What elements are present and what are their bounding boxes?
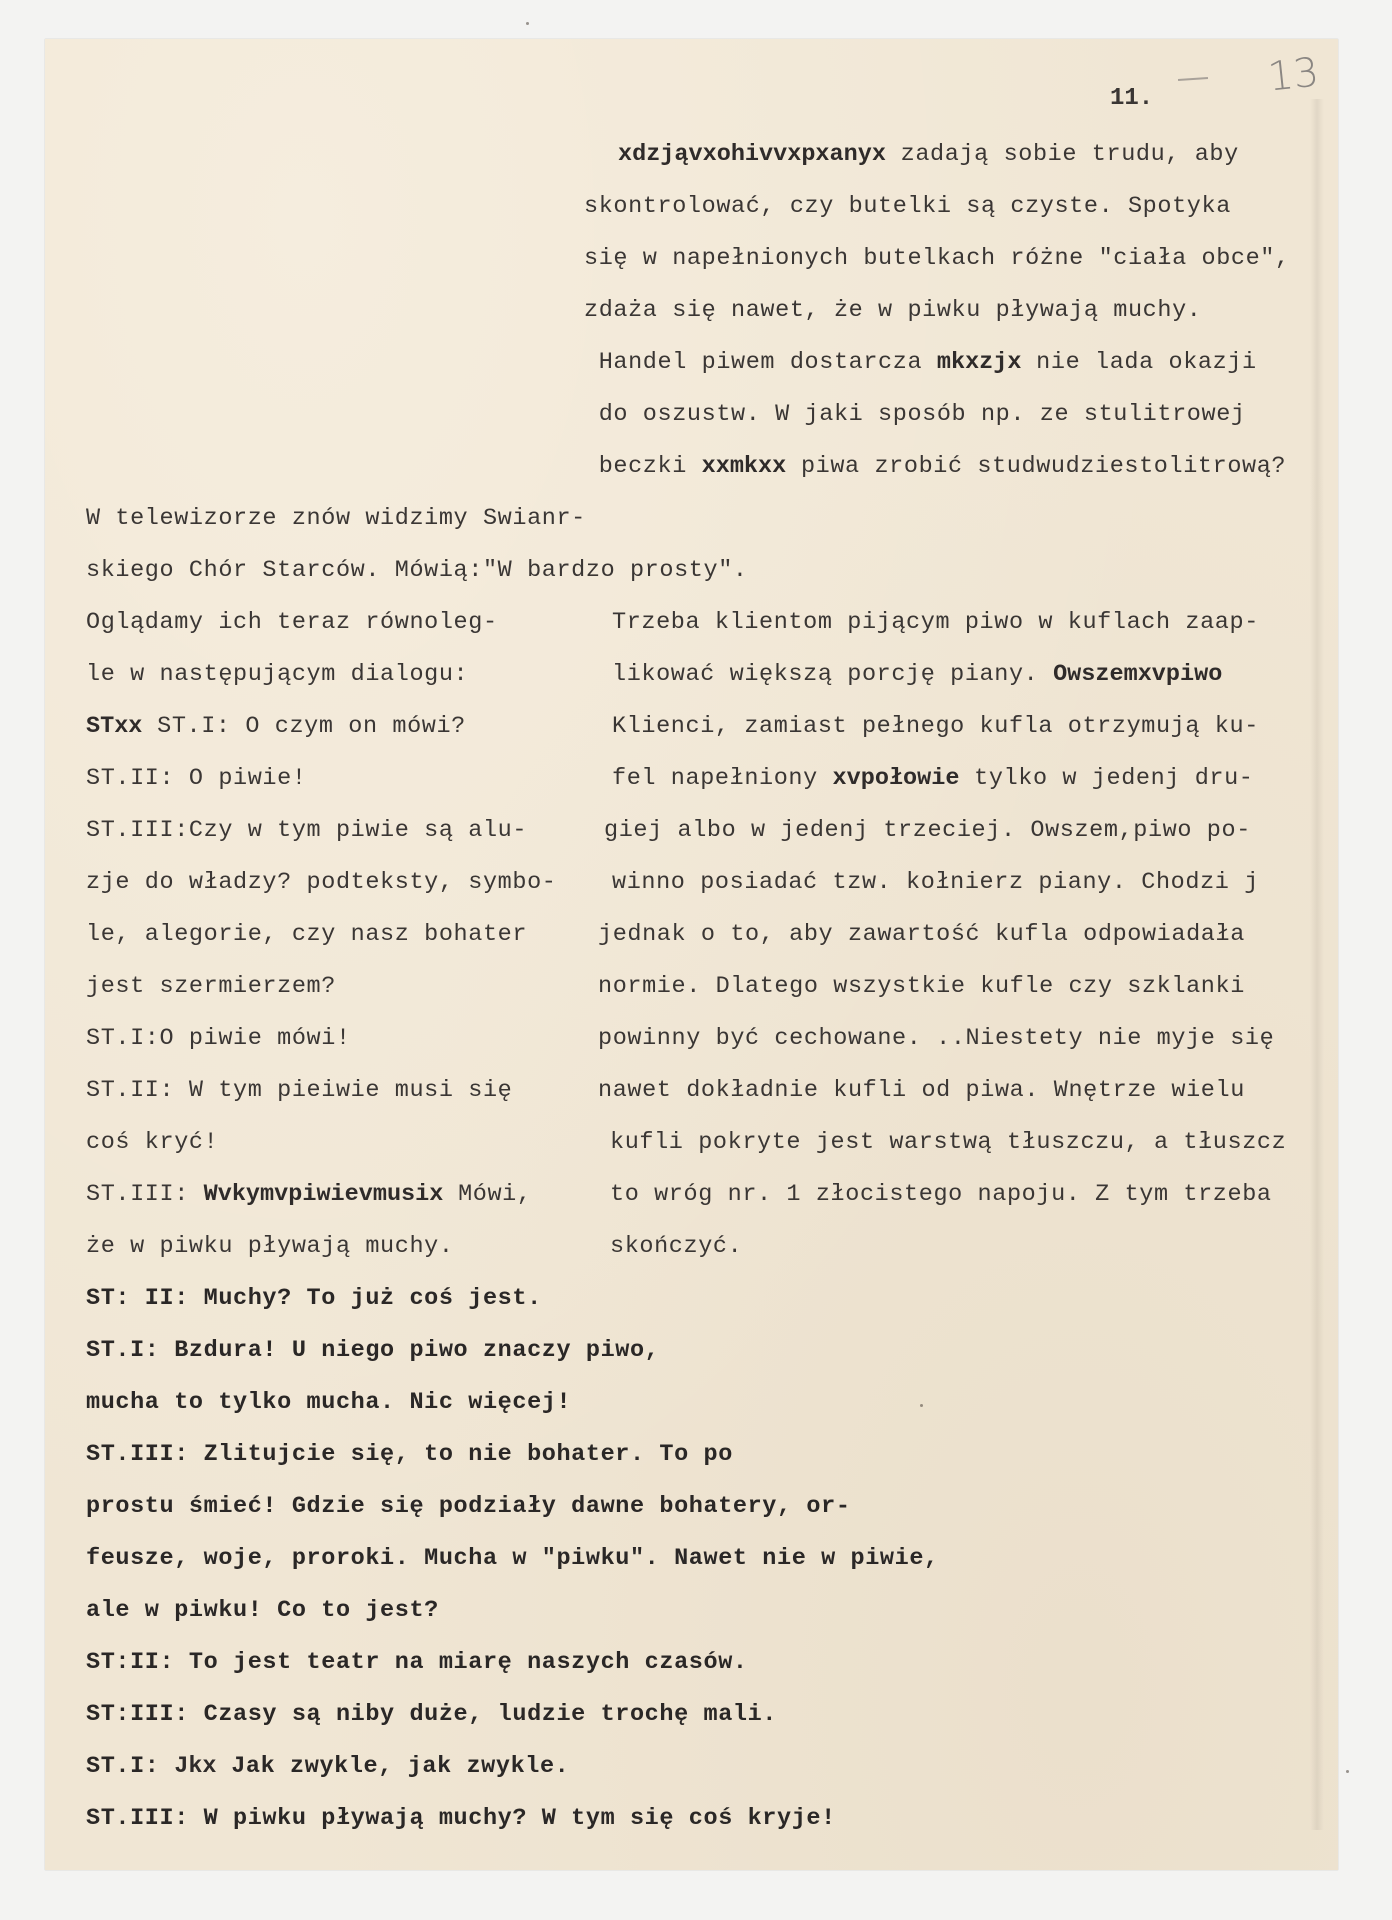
struck-out-text: mkxzjx xyxy=(937,349,1022,376)
struck-out-text: Jkx xyxy=(174,1753,216,1780)
struck-out-text: xvpołowie xyxy=(833,765,960,792)
left-column-line: STxx ST.I: O czym on mówi? xyxy=(86,715,466,739)
right-column-line: fel napełniony xvpołowie tylko w jedenj … xyxy=(612,767,1254,791)
left-column-line: zje do władzy? podteksty, symbo- xyxy=(86,871,556,895)
scan-speck xyxy=(1346,1770,1349,1773)
left-column-line: coś kryć! xyxy=(86,1131,218,1155)
right-column-line: likować większą porcję piany. Owszemxvpi… xyxy=(612,663,1222,687)
left-column-line: le, alegorie, czy nasz bohater xyxy=(86,923,527,947)
text-line: beczki xxmkxx piwa zrobić studwudziestol… xyxy=(584,455,1286,479)
right-column-line: winno posiadać tzw. kołnierz piany. Chod… xyxy=(612,871,1259,895)
dialogue-line: ST.I: Jkx Jak zwykle, jak zwykle. xyxy=(86,1755,569,1779)
text-line: Handel piwem dostarcza mkxzjx nie lada o… xyxy=(584,351,1257,375)
stage-direction-line: W telewizorze znów widzimy Swianr- xyxy=(86,507,586,531)
text-line: się w napełnionych butelkach różne "ciał… xyxy=(584,247,1290,271)
dialogue-line: ale w piwku! Co to jest? xyxy=(86,1599,439,1623)
right-column-line: powinny być cechowane. ..Niestety nie my… xyxy=(598,1027,1274,1051)
text-line: do oszustw. W jaki sposób np. ze stulitr… xyxy=(584,403,1246,427)
scan-speck xyxy=(526,22,529,25)
left-column-line: że w piwku pływają muchy. xyxy=(86,1235,454,1259)
right-column-line: nawet dokładnie kufli od piwa. Wnętrze w… xyxy=(598,1079,1245,1103)
struck-out-text: xxmkxx xyxy=(702,453,787,480)
right-column-line: kufli pokryte jest warstwą tłuszczu, a t… xyxy=(610,1131,1286,1155)
left-column-line: ST.II: W tym pieiwie musi się xyxy=(86,1079,512,1103)
right-column-line: Trzeba klientom pijącym piwo w kuflach z… xyxy=(612,611,1259,635)
struck-out-text: Owszemxvpiwo xyxy=(1053,661,1222,688)
left-column-line: le w następującym dialogu: xyxy=(86,663,468,687)
text-line: skontrolować, czy butelki są czyste. Spo… xyxy=(584,195,1231,219)
dialogue-line: feusze, woje, proroki. Mucha w "piwku". … xyxy=(86,1547,939,1571)
dialogue-line: ST:II: To jest teatr na miarę naszych cz… xyxy=(86,1651,748,1675)
scan-speck xyxy=(920,1404,923,1407)
right-column-line: normie. Dlatego wszystkie kufle czy szkl… xyxy=(598,975,1245,999)
text-line: zdaża się nawet, że w piwku pływają much… xyxy=(584,299,1202,323)
dialogue-line: ST.III: W piwku pływają muchy? W tym się… xyxy=(86,1807,836,1831)
dialogue-line: ST:III: Czasy są niby duże, ludzie troch… xyxy=(86,1703,777,1727)
left-column-line: jest szermierzem? xyxy=(86,975,336,999)
stage-direction-line: skiego Chór Starców. Mówią:"W bardzo pro… xyxy=(86,559,748,583)
paper-shadow-edge xyxy=(1310,99,1324,1830)
dialogue-line: ST.III: Zlitujcie się, to nie bohater. T… xyxy=(86,1443,733,1467)
left-column-line: ST.III:Czy w tym piwie są alu- xyxy=(86,819,527,843)
dialogue-line: mucha to tylko mucha. Nic więcej! xyxy=(86,1391,571,1415)
text-line: xdzjąvxohivvxpxanyx zadają sobie trudu, … xyxy=(618,143,1239,167)
dialogue-line: ST: II: Muchy? To już coś jest. xyxy=(86,1287,542,1311)
right-column-line: to wróg nr. 1 złocistego napoju. Z tym t… xyxy=(610,1183,1272,1207)
handwritten-archive-number: 13 xyxy=(1266,49,1321,100)
page-number: 11. xyxy=(1110,85,1153,112)
right-column-line: Klienci, zamiast pełnego kufla otrzymują… xyxy=(612,715,1259,739)
right-column-line: skończyć. xyxy=(610,1235,742,1259)
right-column-line: jednak o to, aby zawartość kufla odpowia… xyxy=(598,923,1245,947)
struck-out-text: xdzjąvxohivvxpxanyx xyxy=(618,141,886,168)
right-column-line: giej albo w jedenj trzeciej. Owszem,piwo… xyxy=(604,819,1251,843)
struck-out-text: STxx xyxy=(86,713,142,740)
left-column-line: Oglądamy ich teraz równoleg- xyxy=(86,611,498,635)
struck-out-text: Wvkymvpiwievmusix xyxy=(204,1181,444,1208)
dialogue-line: prostu śmieć! Gdzie się podziały dawne b… xyxy=(86,1495,851,1519)
left-column-line: ST.III: Wvkymvpiwievmusix Mówi, xyxy=(86,1183,532,1207)
dialogue-line: ST.I: Bzdura! U niego piwo znaczy piwo, xyxy=(86,1339,659,1363)
left-column-line: ST.II: O piwie! xyxy=(86,767,307,791)
scanned-page: 11. 13 xdzjąvxohivvxpxanyx zadają sobie … xyxy=(0,0,1392,1920)
left-column-line: ST.I:O piwie mówi! xyxy=(86,1027,351,1051)
